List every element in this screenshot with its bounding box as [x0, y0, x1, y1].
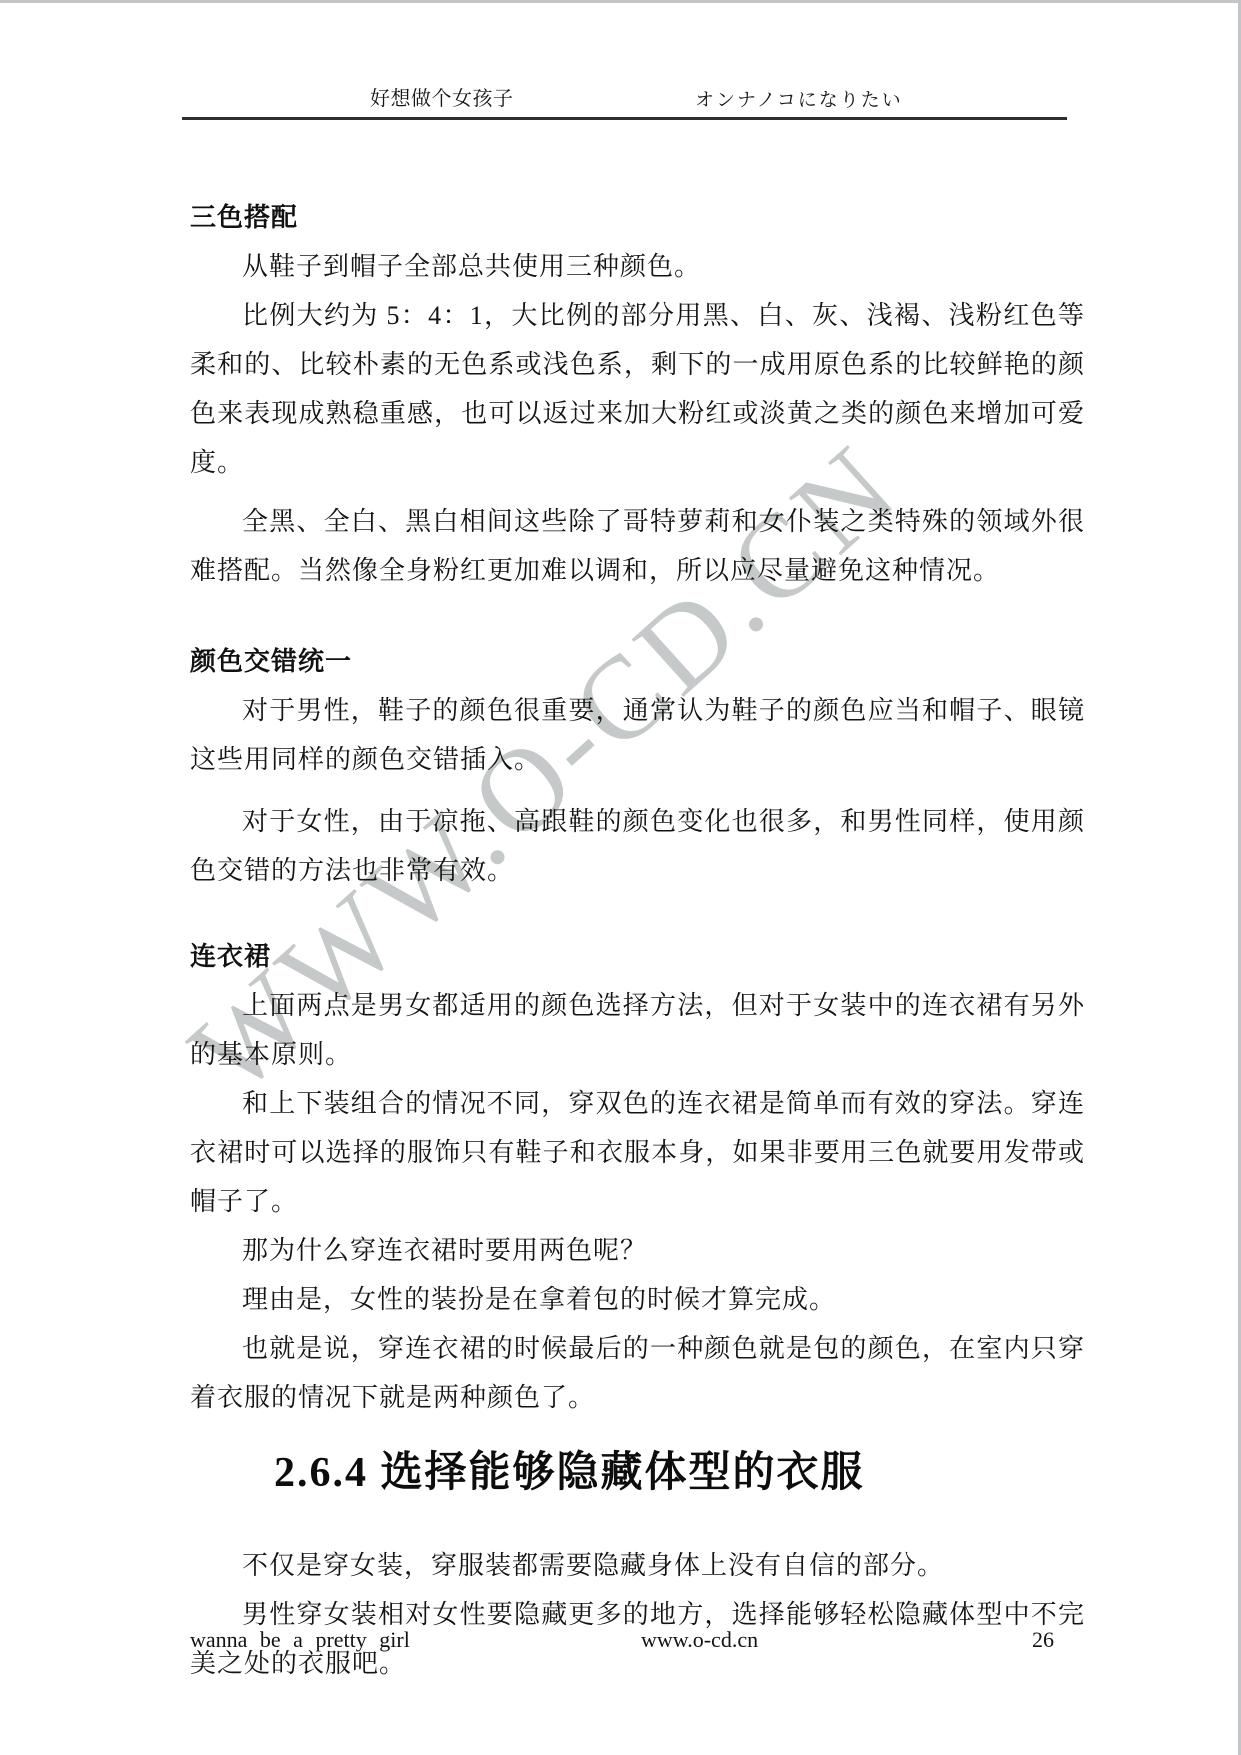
section-heading-color-alternation: 颜色交错统一	[190, 637, 1085, 686]
paragraph: 对于男性，鞋子的颜色很重要，通常认为鞋子的颜色应当和帽子、眼镜这些用同样的颜色交…	[190, 686, 1085, 784]
header-title-chinese: 好想做个女孩子	[370, 87, 514, 111]
paragraph: 对于女性，由于凉拖、高跟鞋的颜色变化也很多，和男性同样，使用颜色交错的方法也非常…	[190, 797, 1085, 895]
chapter-heading-2-6-4: 2.6.4 选择能够隐藏体型的衣服	[274, 1445, 1085, 1501]
document-page: WWW.O-CD.CN 好想做个女孩子 オンナノコになりたい 三色搭配 从鞋子到…	[0, 0, 1241, 1755]
paragraph: 理由是，女性的装扮是在拿着包的时候才算完成。	[190, 1275, 1085, 1324]
header-rule	[182, 117, 1067, 120]
paragraph: 那为什么穿连衣裙时要用两色呢？	[190, 1226, 1085, 1275]
paragraph: 上面两点是男女都适用的颜色选择方法，但对于女装中的连衣裙有另外的基本原则。	[190, 981, 1085, 1079]
paragraph: 不仅是穿女装，穿服装都需要隐藏身体上没有自信的部分。	[190, 1541, 1085, 1590]
page-body: 三色搭配 从鞋子到帽子全部总共使用三种颜色。 比例大约为 5：4：1，大比例的部…	[190, 193, 1085, 1688]
footer-slogan: wanna be a pretty girl	[190, 1625, 410, 1655]
paragraph: 从鞋子到帽子全部总共使用三种颜色。	[190, 242, 1085, 291]
footer-page-number: 26	[1032, 1625, 1054, 1655]
section-heading-three-color: 三色搭配	[190, 193, 1085, 242]
paragraph: 全黑、全白、黑白相间这些除了哥特萝莉和女仆装之类特殊的领域外很难搭配。当然像全身…	[190, 497, 1085, 595]
header-title-japanese: オンナノコになりたい	[695, 89, 903, 113]
paragraph: 比例大约为 5：4：1，大比例的部分用黑、白、灰、浅褐、浅粉红色等柔和的、比较朴…	[190, 291, 1085, 487]
section-heading-dress: 连衣裙	[190, 932, 1085, 981]
paragraph: 和上下装组合的情况不同，穿双色的连衣裙是简单而有效的穿法。穿连衣裙时可以选择的服…	[190, 1079, 1085, 1226]
paragraph: 也就是说，穿连衣裙的时候最后的一种颜色就是包的颜色，在室内只穿着衣服的情况下就是…	[190, 1324, 1085, 1422]
footer-site-url: www.o-cd.cn	[641, 1625, 758, 1655]
